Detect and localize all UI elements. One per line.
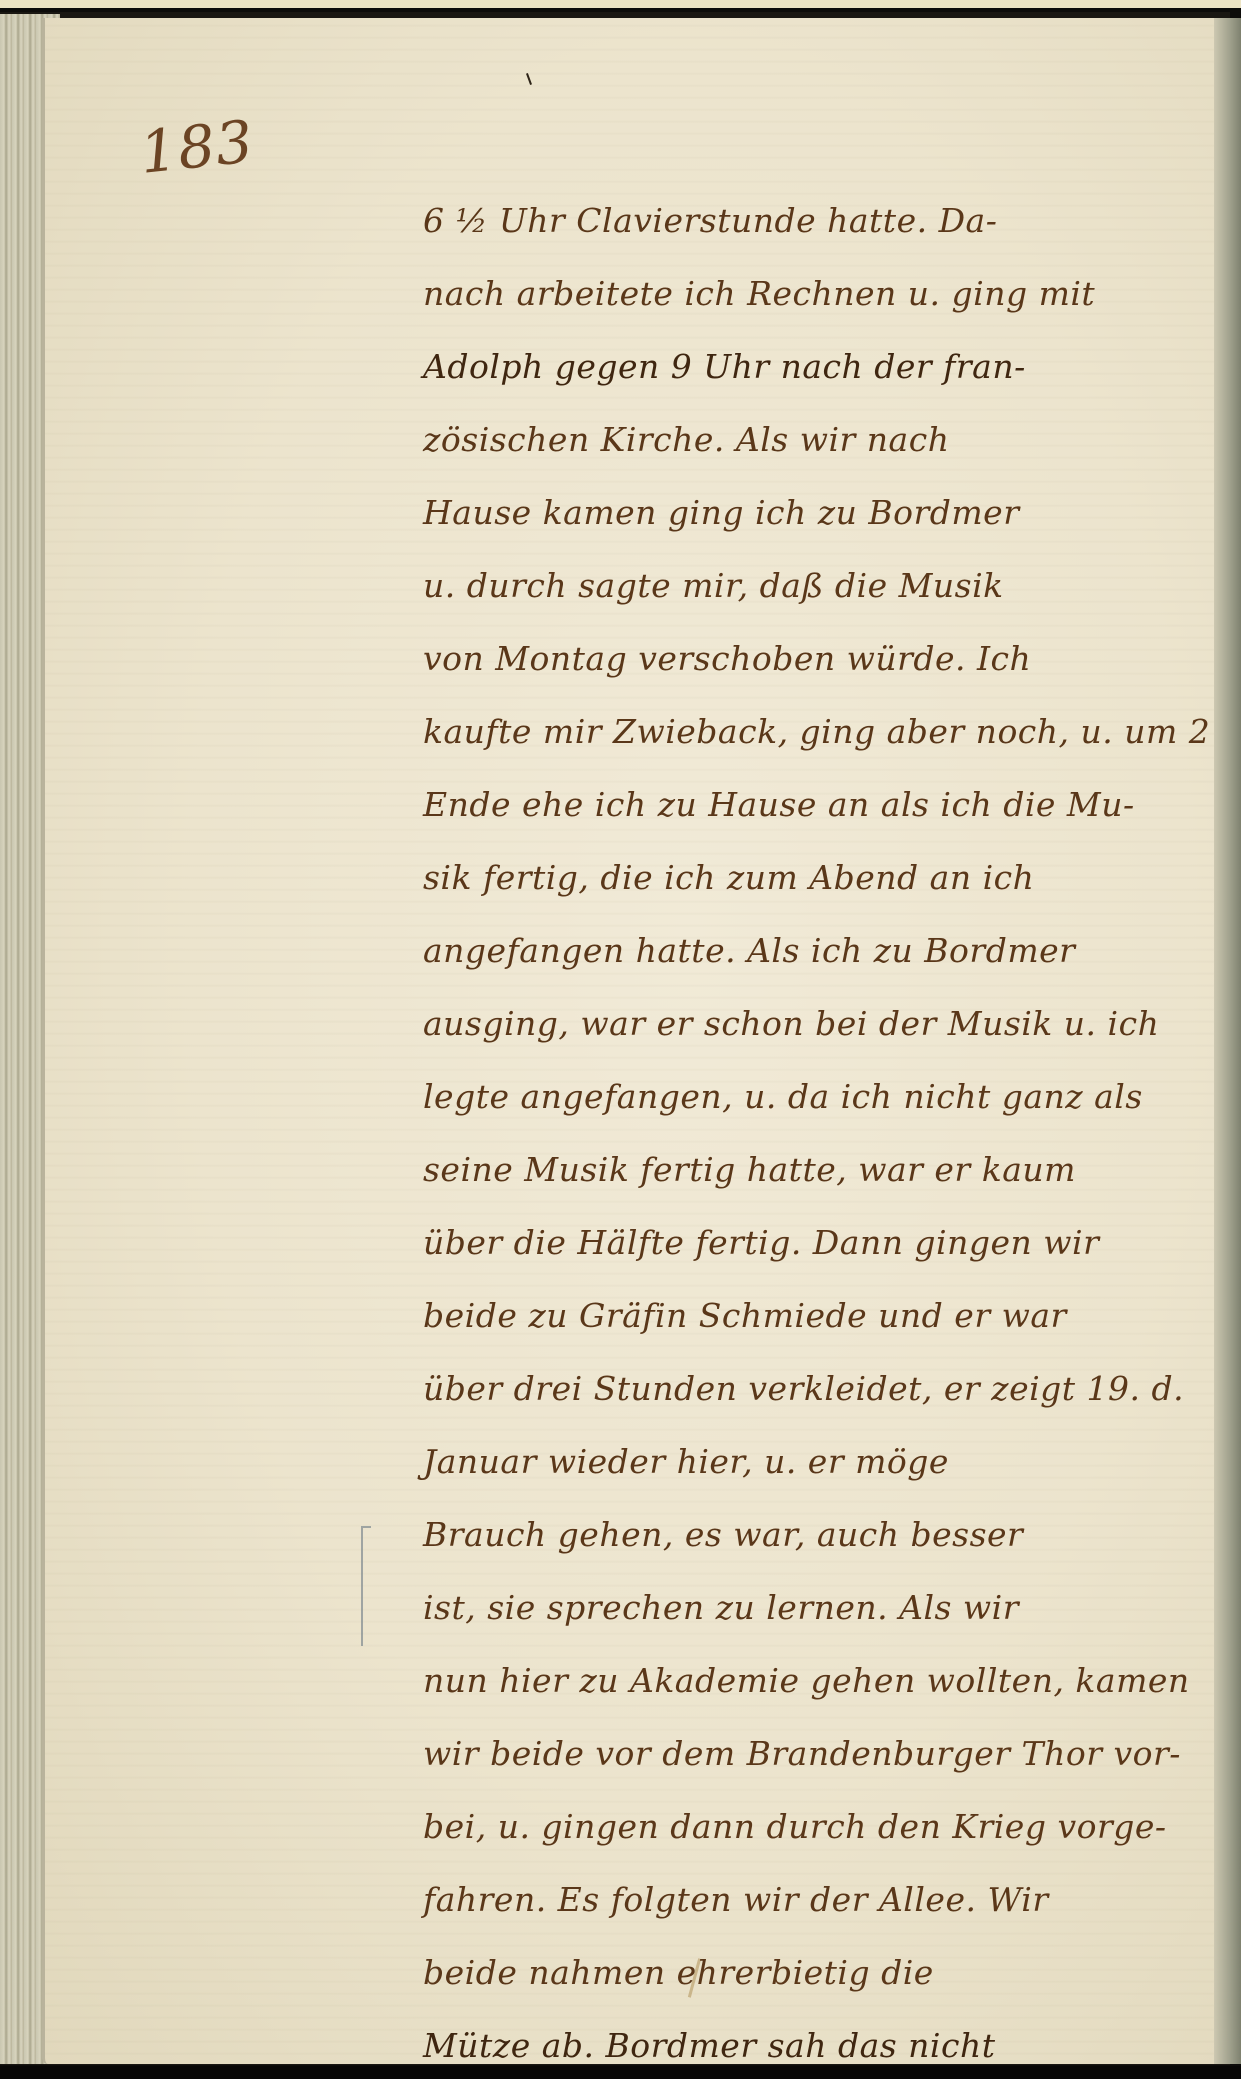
text-line: seine Musik fertig hatte, war er kaum — [423, 1133, 1203, 1206]
text-line: Adolph gegen 9 Uhr nach der fran- — [423, 330, 1203, 403]
text-line: Januar wieder hier, u. er möge — [423, 1425, 1203, 1498]
text-line: legte angefangen, u. da ich nicht ganz a… — [423, 1060, 1203, 1133]
text-line: Brauch gehen, es war, auch besser — [423, 1498, 1203, 1571]
text-line: u. durch sagte mir, daß die Musik — [423, 549, 1203, 622]
text-line: von Montag verschoben würde. Ich — [423, 622, 1203, 695]
scan-top-edge — [0, 0, 1241, 8]
book-gutter — [1214, 18, 1241, 2064]
text-line: wir beide vor dem Brandenburger Thor vor… — [423, 1717, 1203, 1790]
text-line: nun hier zu Akademie gehen wollten, kame… — [423, 1644, 1203, 1717]
text-line: beide zu Gräfin Schmiede und er war — [423, 1279, 1203, 1352]
scan-bottom-edge — [0, 2066, 1241, 2079]
text-line: Hause kamen ging ich zu Bordmer — [423, 476, 1203, 549]
text-line: ist, sie sprechen zu lernen. Als wir — [423, 1571, 1203, 1644]
text-line: beide nahmen ehrerbietig die — [423, 1936, 1203, 2009]
text-line: zösischen Kirche. Als wir nach — [423, 403, 1203, 476]
text-line: ausging, war er schon bei der Musik u. i… — [423, 987, 1203, 1060]
manuscript-page: 183 6 ½ Uhr Clavierstunde hatte. Da- nac… — [42, 18, 1217, 2064]
text-line: 6 ½ Uhr Clavierstunde hatte. Da- — [423, 184, 1203, 257]
handwritten-text-block: 6 ½ Uhr Clavierstunde hatte. Da- nach ar… — [423, 184, 1203, 2079]
text-line: über die Hälfte fertig. Dann gingen wir — [423, 1206, 1203, 1279]
text-line: nach arbeitete ich Rechnen u. ging mit — [423, 257, 1203, 330]
text-line: sik fertig, die ich zum Abend an ich — [423, 841, 1203, 914]
text-line: bei, u. gingen dann durch den Krieg vorg… — [423, 1790, 1203, 1863]
margin-bracket-mark — [361, 1526, 363, 1646]
ink-tick-mark — [526, 73, 532, 85]
page-number: 183 — [137, 107, 257, 187]
text-line: fahren. Es folgten wir der Allee. Wir — [423, 1863, 1203, 1936]
text-line: kaufte mir Zwieback, ging aber noch, u. … — [423, 695, 1203, 768]
text-line: angefangen hatte. Als ich zu Bordmer — [423, 914, 1203, 987]
text-line: Ende ehe ich zu Hause an als ich die Mu- — [423, 768, 1203, 841]
text-line: über drei Stunden verkleidet, er zeigt 1… — [423, 1352, 1203, 1425]
